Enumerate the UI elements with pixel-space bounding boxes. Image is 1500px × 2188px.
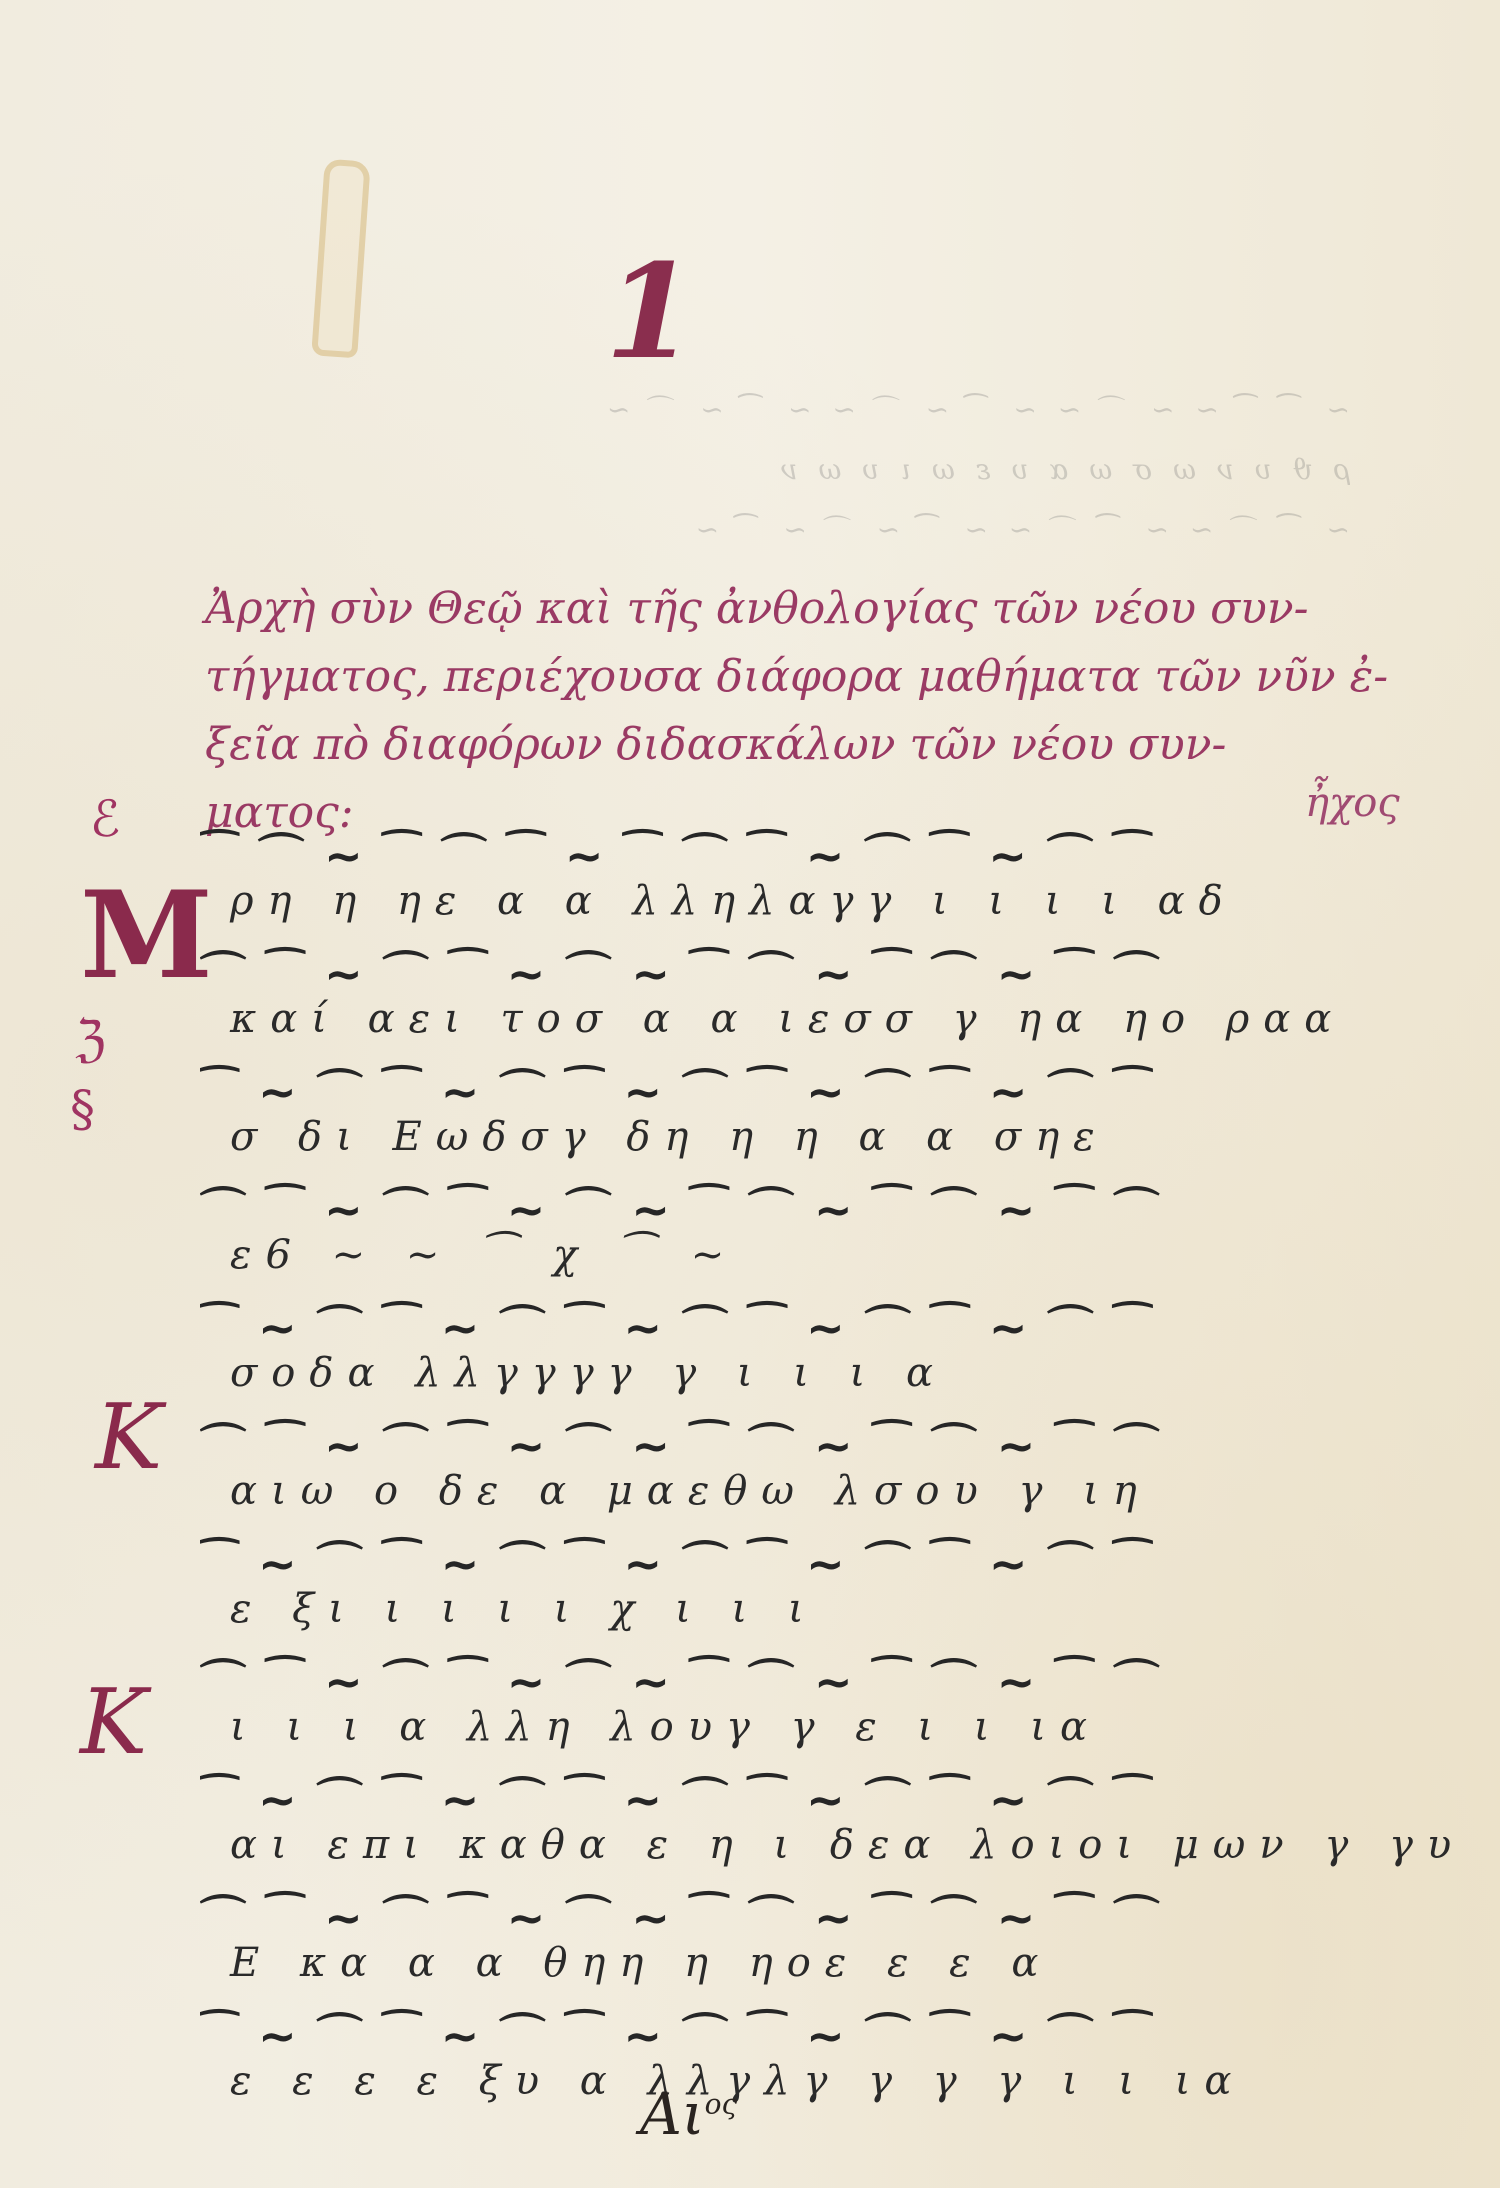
neume-row: ⁀ ~ ⌒ ⁀ ~ ⌒ ⁀ ~ ⌒ ⁀ ~ ⌒ ⁀ ~ ⌒ ⁀ (200, 1292, 1460, 1350)
catchword-superscript: ος (705, 2088, 738, 2121)
rubric-line: τήγματος, περιέχουσα διάφορα μαθήματα τῶ… (205, 643, 1405, 711)
water-stain (311, 159, 371, 359)
bleed-through-text: ~ ⁀ ⁀ ~ ~ ⌒ ~ ~ ⁀ ~ ⌒ ~ ~ ⁀ ~ ⌒ ~ ρ ϑ υ … (150, 380, 1350, 580)
neume-row: ⌒ ⁀ ~ ⌒ ⁀ ~ ⌒ ~ ⁀ ⌒ ~ ⁀ ⌒ ~ ⁀ ⌒ (200, 1410, 1460, 1468)
manuscript-page: ~ ⁀ ⁀ ~ ~ ⌒ ~ ~ ⁀ ~ ⌒ ~ ~ ⁀ ~ ⌒ ~ ρ ϑ υ … (0, 0, 1500, 2188)
neume-row: ⁀ ~ ⌒ ⁀ ~ ⌒ ⁀ ~ ⌒ ⁀ ~ ⌒ ⁀ ~ ⌒ ⁀ (200, 2000, 1460, 2058)
neume-row: ⌒ ⁀ ~ ⌒ ⁀ ~ ⌒ ~ ⁀ ⌒ ~ ⁀ ⌒ ~ ⁀ ⌒ (200, 1174, 1460, 1232)
lyric-row: ε6 ~ ~ ⁀ χ ⁀ ~ (200, 1232, 1460, 1292)
initial-letter-m: Μ (80, 865, 213, 1006)
folio-number: 1 (605, 235, 695, 388)
rubric-line: ξεῖα πὸ διαφόρων διδασκάλων τῶν νέου συν… (205, 711, 1405, 779)
catchword: Αιος (640, 2080, 737, 2148)
rubric-title: Ἀρχὴ σὺν Θεῷ καὶ τῆς ἀνθολογίας τῶν νέου… (205, 575, 1405, 847)
catchword-text: Αι (640, 2080, 705, 2148)
neume-row: ⁀ ~ ⌒ ⁀ ~ ⌒ ⁀ ~ ⌒ ⁀ ~ ⌒ ⁀ ~ ⌒ ⁀ (200, 1056, 1460, 1114)
rubric-line: Ἀρχὴ σὺν Θεῷ καὶ τῆς ἀνθολογίας τῶν νέου… (205, 575, 1405, 643)
bleed-line: ~ ⁀ ⁀ ~ ~ ⌒ ~ ~ ⁀ ~ ⌒ ~ ~ ⁀ ~ ⌒ ~ (150, 380, 1350, 440)
neume-row: ⁀ ⌒ ~ ⁀ ⌒ ⁀ ~ ⁀ ⌒ ⁀ ~ ⌒ ⁀ ~ ⌒ ⁀ (200, 820, 1460, 878)
lyric-row: ι ι ι α λλη λουγ γ ε ι ι ια (200, 1704, 1460, 1764)
flourish-ornament-icon: ℰ (90, 790, 120, 848)
lyric-row: αιω ο δε α μαεθω λσου γ ιη (200, 1468, 1460, 1528)
flourish-ornament-icon: ℨ (75, 1010, 106, 1068)
flourish-ornament-icon: § (70, 1080, 95, 1138)
neume-row: ⌒ ⁀ ~ ⌒ ⁀ ~ ⌒ ~ ⁀ ⌒ ~ ⁀ ⌒ ~ ⁀ ⌒ (200, 1882, 1460, 1940)
lyric-row: σ δι Εωδσγ δη η η α α σηε (200, 1114, 1460, 1174)
neume-row: ⌒ ⁀ ~ ⌒ ⁀ ~ ⌒ ~ ⁀ ⌒ ~ ⁀ ⌒ ~ ⁀ ⌒ (200, 938, 1460, 996)
initial-letter-k: Κ (80, 1670, 147, 1775)
lyric-row: ε ξι ι ι ι ι χ ι ι ι (200, 1586, 1460, 1646)
lyric-row: σοδα λλγγγγ γ ι ι ι α (200, 1350, 1460, 1410)
lyric-row: ε ε ε ε ξυ α λλγλγ γ γ γ ι ι ια (200, 2058, 1460, 2118)
neume-row: ⁀ ~ ⌒ ⁀ ~ ⌒ ⁀ ~ ⌒ ⁀ ~ ⌒ ⁀ ~ ⌒ ⁀ (200, 1528, 1460, 1586)
bleed-line: ~ ⁀ ⌒ ~ ~ ⁀ ⌒ ~ ~ ⁀ ~ ⌒ ~ ⁀ ~ (150, 500, 1350, 560)
neume-row: ⌒ ⁀ ~ ⌒ ⁀ ~ ⌒ ~ ⁀ ⌒ ~ ⁀ ⌒ ~ ⁀ ⌒ (200, 1646, 1460, 1704)
lyric-row: ρη η ηε α α λληλαγγ ι ι ι ι αδ (200, 878, 1460, 938)
initial-letter-k: Κ (95, 1385, 162, 1490)
musical-notation: ⁀ ⌒ ~ ⁀ ⌒ ⁀ ~ ⁀ ⌒ ⁀ ~ ⌒ ⁀ ~ ⌒ ⁀ ρη η ηε … (200, 820, 1460, 2118)
lyric-row: καί αει τοσ α α ιεσσ γ ηα ηο ραα (200, 996, 1460, 1056)
neume-row: ⁀ ~ ⌒ ⁀ ~ ⌒ ⁀ ~ ⌒ ⁀ ~ ⌒ ⁀ ~ ⌒ ⁀ (200, 1764, 1460, 1822)
lyric-row: αι επι καθα ε η ι δεα λοιοι μων γ γυ (200, 1822, 1460, 1882)
bleed-line: ρ ϑ υ ν ω σ ω α υ ε ω ι υ ω ν (150, 440, 1350, 500)
lyric-row: Ε κα α α θηη η ηοε ε ε α (200, 1940, 1460, 2000)
